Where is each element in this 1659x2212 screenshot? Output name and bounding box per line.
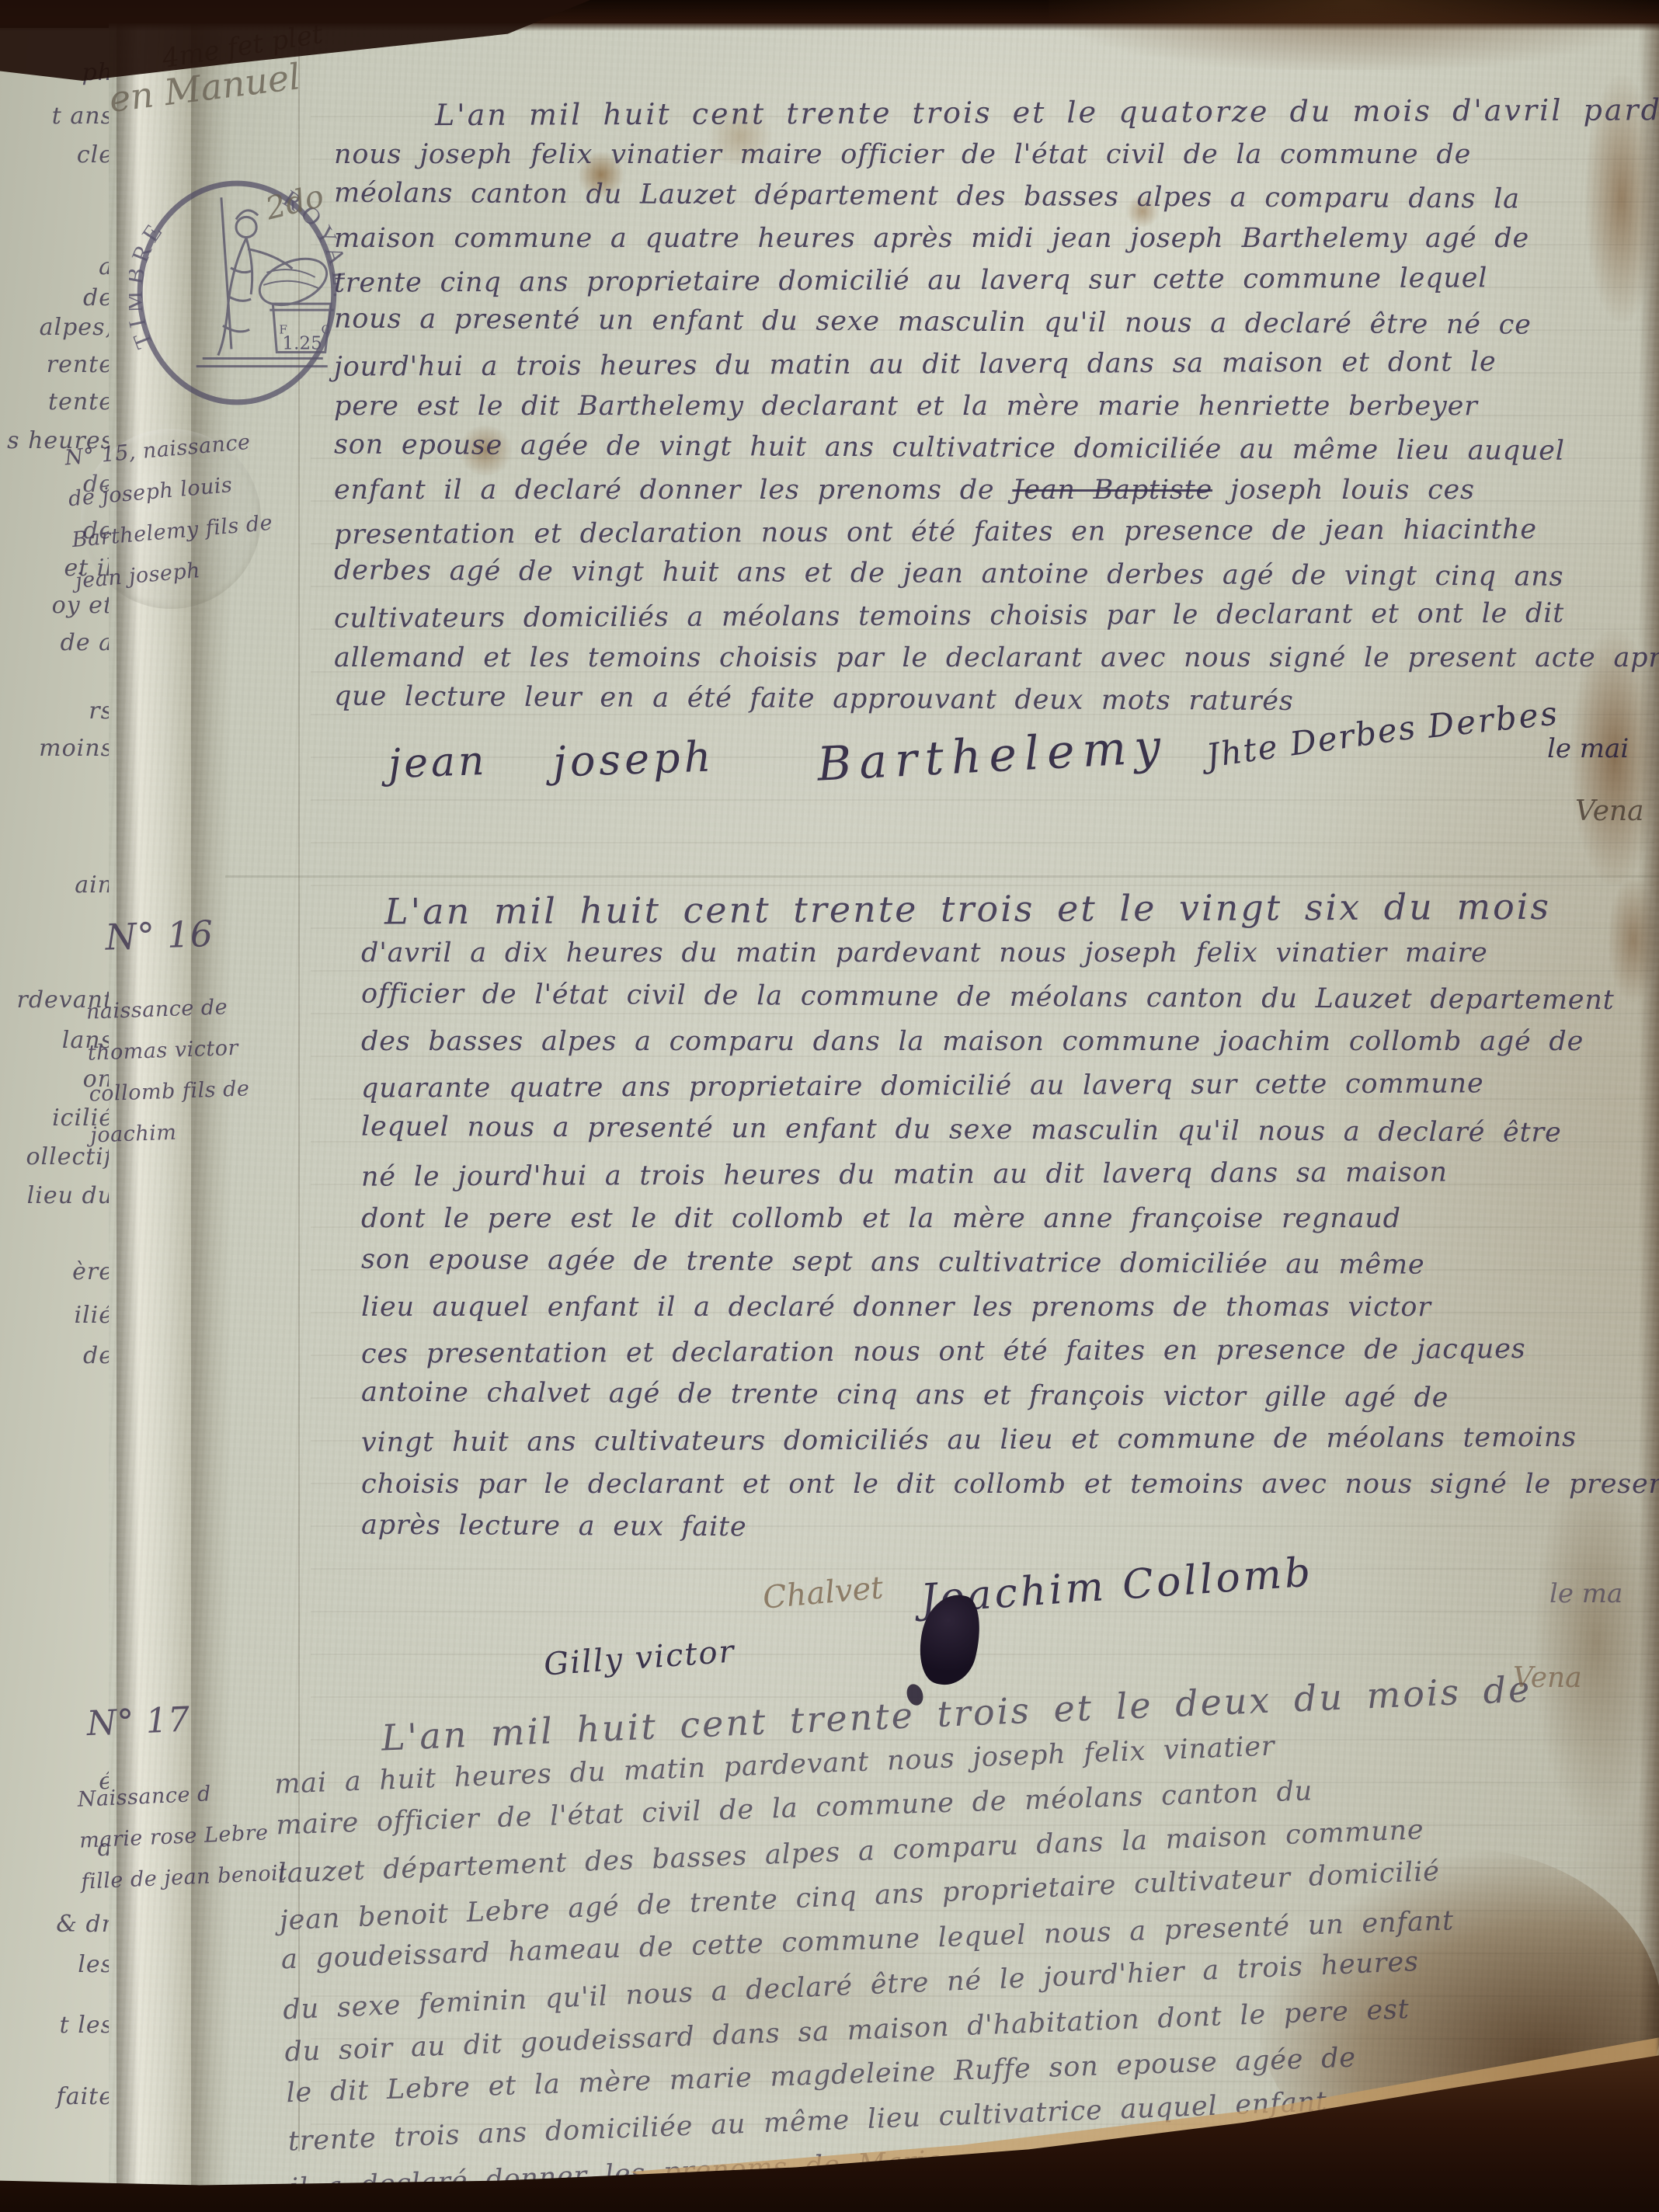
struck-text: Jean Baptiste [1012, 475, 1212, 506]
margin-note-line: thomas victor [87, 1027, 249, 1073]
manuscript-line: quarante quatre ans proprietaire domicil… [361, 1061, 1658, 1111]
margin-note-line: naissance de [85, 986, 248, 1032]
previous-page-fragment: ain [75, 871, 113, 899]
manuscript-line: maison commune a quatre heures après mid… [334, 217, 1654, 259]
manuscript-line: des basses alpes a comparu dans la maiso… [361, 1020, 1658, 1064]
manuscript-line: lieu auquel enfant il a declaré donner l… [361, 1285, 1658, 1330]
manuscript-line: méolans canton du Lauzet département des… [334, 172, 1654, 221]
previous-page-fragment: tente [48, 388, 113, 416]
manuscript-line: presentation et declaration nous ont été… [334, 508, 1654, 555]
margin-note-line: joachim [90, 1109, 252, 1156]
previous-page-fragment: lieu du [27, 1182, 113, 1209]
margin-note-line: N° 16 [83, 912, 245, 958]
manuscript-line: L'an mil huit cent trente trois et le qu… [334, 89, 1654, 136]
manuscript-line: né le jourd'hui a trois heures du matin … [361, 1149, 1658, 1199]
manuscript-line: nous joseph felix vinatier maire officie… [334, 134, 1654, 176]
margin-note-act-15: N° 15, naissancede joseph louisBarthelem… [63, 420, 278, 602]
manuscript-line: trente cinq ans proprietaire domicilié a… [334, 256, 1654, 304]
stamp-value-suffix: C [322, 322, 331, 336]
margin-note-act-16: N° 16naissance dethomas victorcollomb fi… [83, 912, 252, 1156]
horizontal-crease [225, 875, 1659, 878]
signature-le-maire: le mai [1547, 733, 1629, 764]
signature-joseph: joseph [552, 732, 715, 786]
stamp-arc-left-text: TIMBRE [129, 215, 170, 353]
manuscript-line: officier de l'état civil de la commune d… [361, 972, 1658, 1024]
manuscript-line: jourd'hui a trois heures du matin au dit… [334, 340, 1654, 388]
previous-page-fragment: ilié [74, 1302, 113, 1329]
previous-page-fragment: rente [47, 351, 113, 378]
manuscript-line: après lecture a eux faite [361, 1504, 1658, 1555]
manuscript-line: dont le pere est le dit collomb et la mè… [361, 1197, 1658, 1241]
previous-page-fragment: moins [39, 735, 113, 762]
manuscript-line: vingt huit ans cultivateurs domiciliés a… [361, 1415, 1658, 1465]
scanned-register-photo: { "stamp": { "arc_left": "TIMBRE", "arc_… [0, 0, 1659, 2212]
birth-act-15-text: L'an mil huit cent trente trois et le qu… [334, 92, 1654, 721]
manuscript-line: son epouse agée de trente sept ans culti… [361, 1238, 1658, 1289]
previous-page-fragment: alpes, [40, 314, 113, 341]
previous-page-fragment: faite [57, 2083, 113, 2110]
previous-page-fragment: ère [72, 1258, 113, 1285]
manuscript-line: son epouse agée de vingt huit ans cultiv… [334, 424, 1654, 473]
manuscript-line: antoine chalvet agé de trente cinq ans e… [361, 1371, 1658, 1422]
manuscript-line: derbes agé de vingt huit ans et de jean … [334, 550, 1654, 599]
manuscript-line: cultivateurs domiciliés a méolans temoin… [334, 592, 1654, 639]
signature-venatier: Vena [1575, 795, 1644, 827]
signature-le-maire: le ma [1549, 1578, 1622, 1609]
previous-page-fragment: de a [61, 629, 113, 656]
manuscript-line: enfant il a declaré donner les prenoms d… [334, 469, 1654, 511]
svg-text:TIMBRE: TIMBRE [129, 215, 170, 353]
manuscript-line: allemand et les temoins choisis par le d… [334, 637, 1654, 679]
manuscript-line: pere est le dit Barthelemy declarant et … [334, 385, 1654, 427]
photo-top-right-stain [1049, 0, 1659, 70]
previous-page-fragment: t ans [52, 103, 113, 130]
margin-note-line: N° 17 [74, 1695, 281, 1745]
previous-page-fragment: & dr [56, 1911, 113, 1938]
previous-page-fragment: cle [77, 141, 113, 169]
manuscript-line: L'an mil huit cent trente trois et le vi… [361, 884, 1658, 934]
birth-act-16-text: L'an mil huit cent trente trois et le vi… [361, 887, 1658, 1551]
manuscript-line: ces presentation et declaration nous ont… [361, 1327, 1658, 1376]
signature-venatier: Vena [1513, 1662, 1582, 1694]
margin-note-act-17: N° 17Naissance dmarie rose Lebrefille de… [74, 1695, 288, 1902]
manuscript-line: choisis par le declarant et ont le dit c… [361, 1462, 1658, 1507]
manuscript-line: lequel nous a presenté un enfant du sexe… [361, 1105, 1658, 1156]
manuscript-line: d'avril a dix heures du matin pardevant … [361, 931, 1658, 976]
stamp-value: 1.25 [282, 333, 322, 353]
previous-page-fragment: t les [60, 2012, 113, 2039]
manuscript-line: nous a presenté un enfant du sexe mascul… [334, 298, 1654, 347]
margin-note-line: collomb fils de [89, 1068, 251, 1115]
signature-jean: jean [388, 738, 488, 788]
